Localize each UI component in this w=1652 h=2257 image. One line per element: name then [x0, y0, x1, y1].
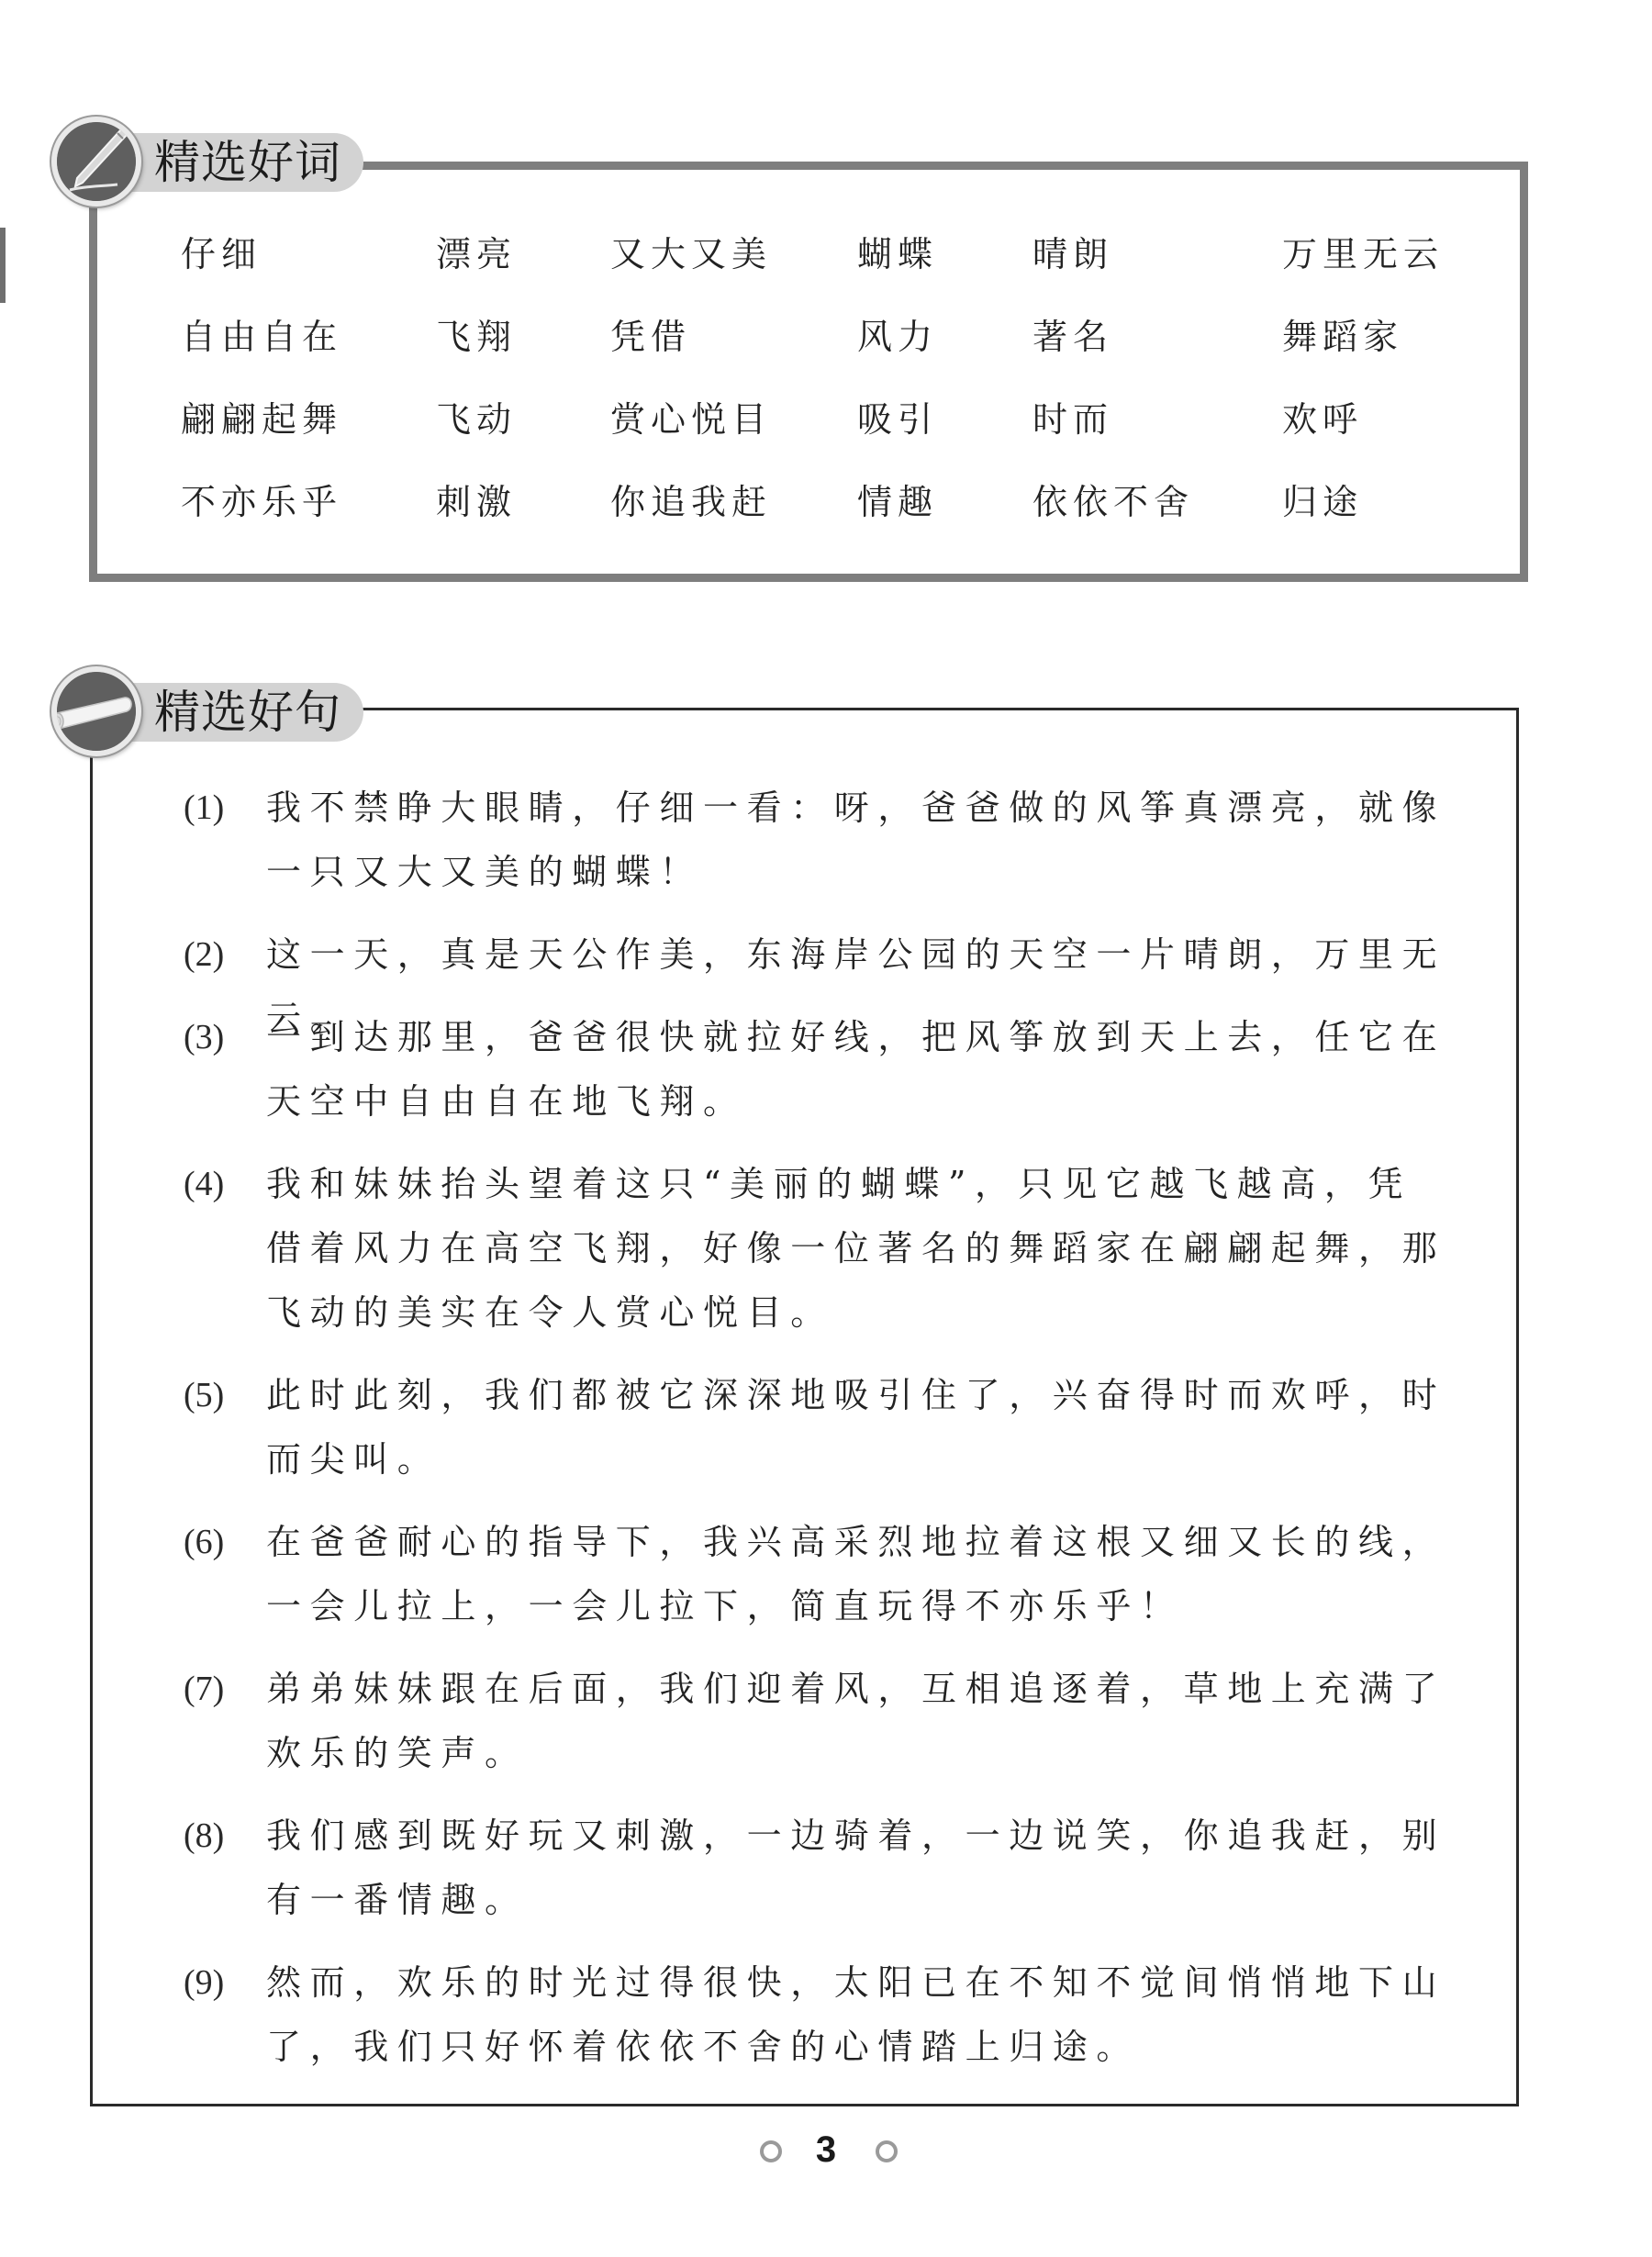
word-item: 赏心悦目 — [610, 398, 772, 441]
word-item: 舞蹈家 — [1282, 316, 1403, 358]
word-item: 飞动 — [436, 398, 517, 441]
word-item: 刺激 — [436, 481, 517, 523]
word-item: 风力 — [857, 316, 938, 358]
sentence-line: 飞动的美实在令人赏心悦目。 — [266, 1280, 1487, 1345]
word-item: 归途 — [1282, 481, 1363, 523]
word-item: 晴朗 — [1032, 233, 1113, 275]
word-item: 蝴蝶 — [857, 233, 938, 275]
word-item: 仔细 — [181, 233, 262, 275]
word-item: 你追我赶 — [610, 481, 772, 523]
sentence-line: 一只又大又美的蝴蝶！ — [266, 840, 1487, 904]
sentence-line: 我不禁睁大眼睛，仔细一看：呀，爸爸做的风筝真漂亮，就像 — [266, 776, 1487, 840]
word-item: 飞翔 — [436, 316, 517, 358]
sentence-line: 我们感到既好玩又刺激，一边骑着，一边说笑，你追我赶，别 — [266, 1804, 1487, 1868]
word-item: 不亦乐乎 — [181, 481, 342, 523]
page-edge-mark — [0, 228, 6, 303]
paper-scroll-icon — [51, 666, 141, 756]
page-number: 3 — [808, 2128, 844, 2172]
sentence-line: 天空中自由自在地飞翔。 — [266, 1069, 1487, 1134]
circle-ornament-icon — [760, 2140, 782, 2162]
sentence-line: 弟弟妹妹跟在后面，我们迎着风，互相追逐着，草地上充满了 — [266, 1657, 1487, 1721]
sentence-line: 有一番情趣。 — [266, 1868, 1487, 1932]
sentence-line: 一会儿拉上，一会儿拉下，简直玩得不亦乐乎！ — [266, 1574, 1487, 1638]
sentence-line: 而尖叫。 — [266, 1427, 1487, 1492]
word-item: 时而 — [1032, 398, 1113, 441]
sentence-number: (1) — [184, 776, 224, 840]
word-item: 漂亮 — [436, 233, 517, 275]
sentence-line: 然而，欢乐的时光过得很快，太阳已在不知不觉间悄悄地下山 — [266, 1950, 1487, 2015]
sentences-section-title: 精选好句 — [154, 687, 341, 738]
word-item: 凭借 — [610, 316, 691, 358]
word-item: 情趣 — [857, 481, 938, 523]
sentence-line: 在爸爸耐心的指导下，我兴高采烈地拉着这根又细又长的线， — [266, 1510, 1487, 1574]
sentence-number: (6) — [184, 1510, 224, 1574]
sentence-number: (7) — [184, 1657, 224, 1721]
word-item: 吸引 — [857, 398, 938, 441]
word-item: 自由自在 — [181, 316, 342, 358]
sentence-number: (4) — [184, 1152, 224, 1216]
word-item: 又大又美 — [610, 233, 772, 275]
sentence-line: 一到达那里，爸爸很快就拉好线，把风筝放到天上去，任它在 — [266, 1005, 1487, 1069]
words-section-title: 精选好词 — [154, 137, 341, 188]
circle-ornament-icon — [876, 2140, 898, 2162]
word-item: 依依不舍 — [1032, 481, 1194, 523]
sentence-number: (5) — [184, 1363, 224, 1427]
word-item: 翩翩起舞 — [181, 398, 342, 441]
sentence-number: (3) — [184, 1005, 224, 1069]
word-item: 万里无云 — [1282, 233, 1444, 275]
sentence-line: 我和妹妹抬头望着这只“美丽的蝴蝶”，只见它越飞越高，凭 — [266, 1152, 1487, 1216]
word-item: 著名 — [1032, 316, 1113, 358]
sentence-line: 欢乐的笑声。 — [266, 1721, 1487, 1785]
sentence-number: (2) — [184, 922, 224, 987]
pen-nib-icon — [51, 117, 141, 207]
sentence-line: 了，我们只好怀着依依不舍的心情踏上归途。 — [266, 2015, 1487, 2079]
word-item: 欢呼 — [1282, 398, 1363, 441]
sentence-number: (8) — [184, 1804, 224, 1868]
sentence-line: 借着风力在高空飞翔，好像一位著名的舞蹈家在翩翩起舞，那 — [266, 1216, 1487, 1280]
sentence-number: (9) — [184, 1950, 224, 2015]
page-footer: 3 — [0, 2128, 1652, 2173]
sentence-line: 此时此刻，我们都被它深深地吸引住了，兴奋得时而欢呼，时 — [266, 1363, 1487, 1427]
